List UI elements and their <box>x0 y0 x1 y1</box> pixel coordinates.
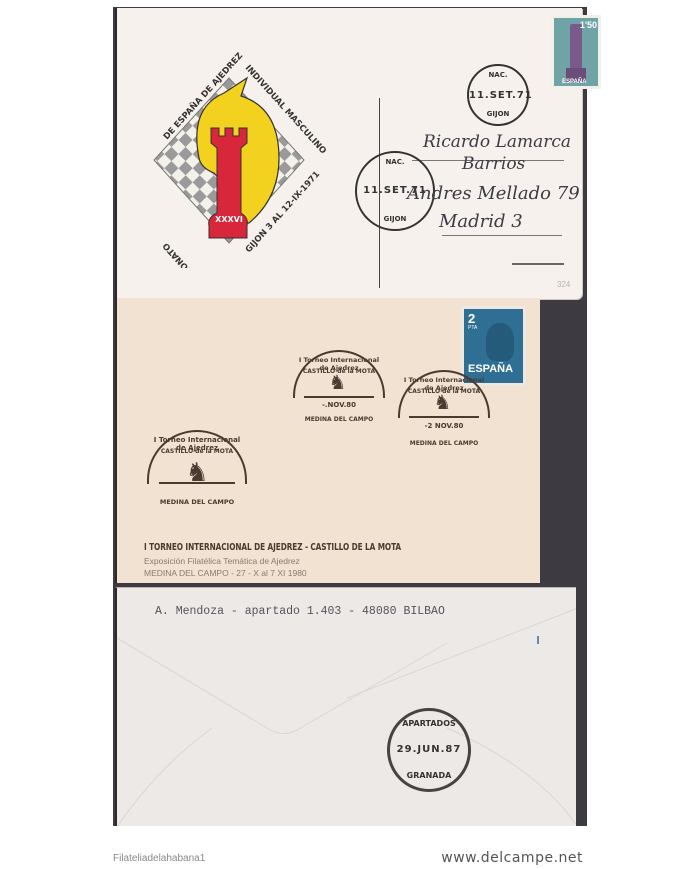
postmark-torneo: I Torneo Internacional de Ajedrez CASTIL… <box>293 350 385 398</box>
address-line <box>442 235 562 236</box>
envelope-flap-outline <box>117 588 576 826</box>
envelope-back-granada-1987: A. Mendoza - apartado 1.403 - 48080 BILB… <box>115 587 576 826</box>
address-line-3: Andres Mellado 79 <box>407 183 580 204</box>
postmark-granada: APARTADOS 29.JUN.87 GRANADA <box>387 708 471 792</box>
card-subtitle: Exposición Filatélica Temática de Ajedre… <box>144 556 300 566</box>
address-line-1: Ricardo Lamarca <box>423 132 571 152</box>
stamp-tower-150: 1'50 ESPAÑA <box>551 15 601 89</box>
postmark-torneo-cachet: I Torneo Internacional de Ajedrez CASTIL… <box>147 430 247 484</box>
address-line-4: Madrid 3 <box>439 211 523 232</box>
site-watermark: www.delcampe.net <box>441 850 583 866</box>
card-title: I TORNEO INTERNACIONAL DE AJEDREZ - CAST… <box>144 542 401 553</box>
stamp-king-2pta: 2 PTA ESPAÑA <box>461 306 526 386</box>
seller-name: Filateliadelahabana1 <box>113 853 205 864</box>
knight-icon: ♞ <box>433 392 451 412</box>
card-medina-del-campo-1980: 2 PTA ESPAÑA I Torneo Internacional de A… <box>115 298 540 583</box>
sender-address: A. Mendoza - apartado 1.403 - 48080 BILB… <box>155 605 445 618</box>
pencil-note: 324 <box>557 280 570 289</box>
address-line <box>512 263 564 265</box>
postmark-torneo: I Torneo Internacional de Ajedrez CASTIL… <box>398 370 490 418</box>
knight-icon: ♞ <box>328 372 346 392</box>
postmark-gijon: NAC. 11.SET.71 GIJON <box>467 64 529 126</box>
postcard-gijon-1971: XXXVI DE ESPAÑA DE AJEDREZ INDIVIDUAL MA… <box>115 8 582 299</box>
pen-mark <box>537 636 539 644</box>
card-dates: MEDINA DEL CAMPO - 27 - X al 7 XI 1980 <box>144 568 307 578</box>
svg-text:XXXVI: XXXVI <box>215 215 243 224</box>
chess-championship-logo: XXXVI DE ESPAÑA DE AJEDREZ INDIVIDUAL MA… <box>129 48 329 268</box>
svg-text:XXXVI CAMPEONATO: XXXVI CAMPEONATO <box>161 240 235 268</box>
address-line-2: Barrios <box>462 154 525 174</box>
